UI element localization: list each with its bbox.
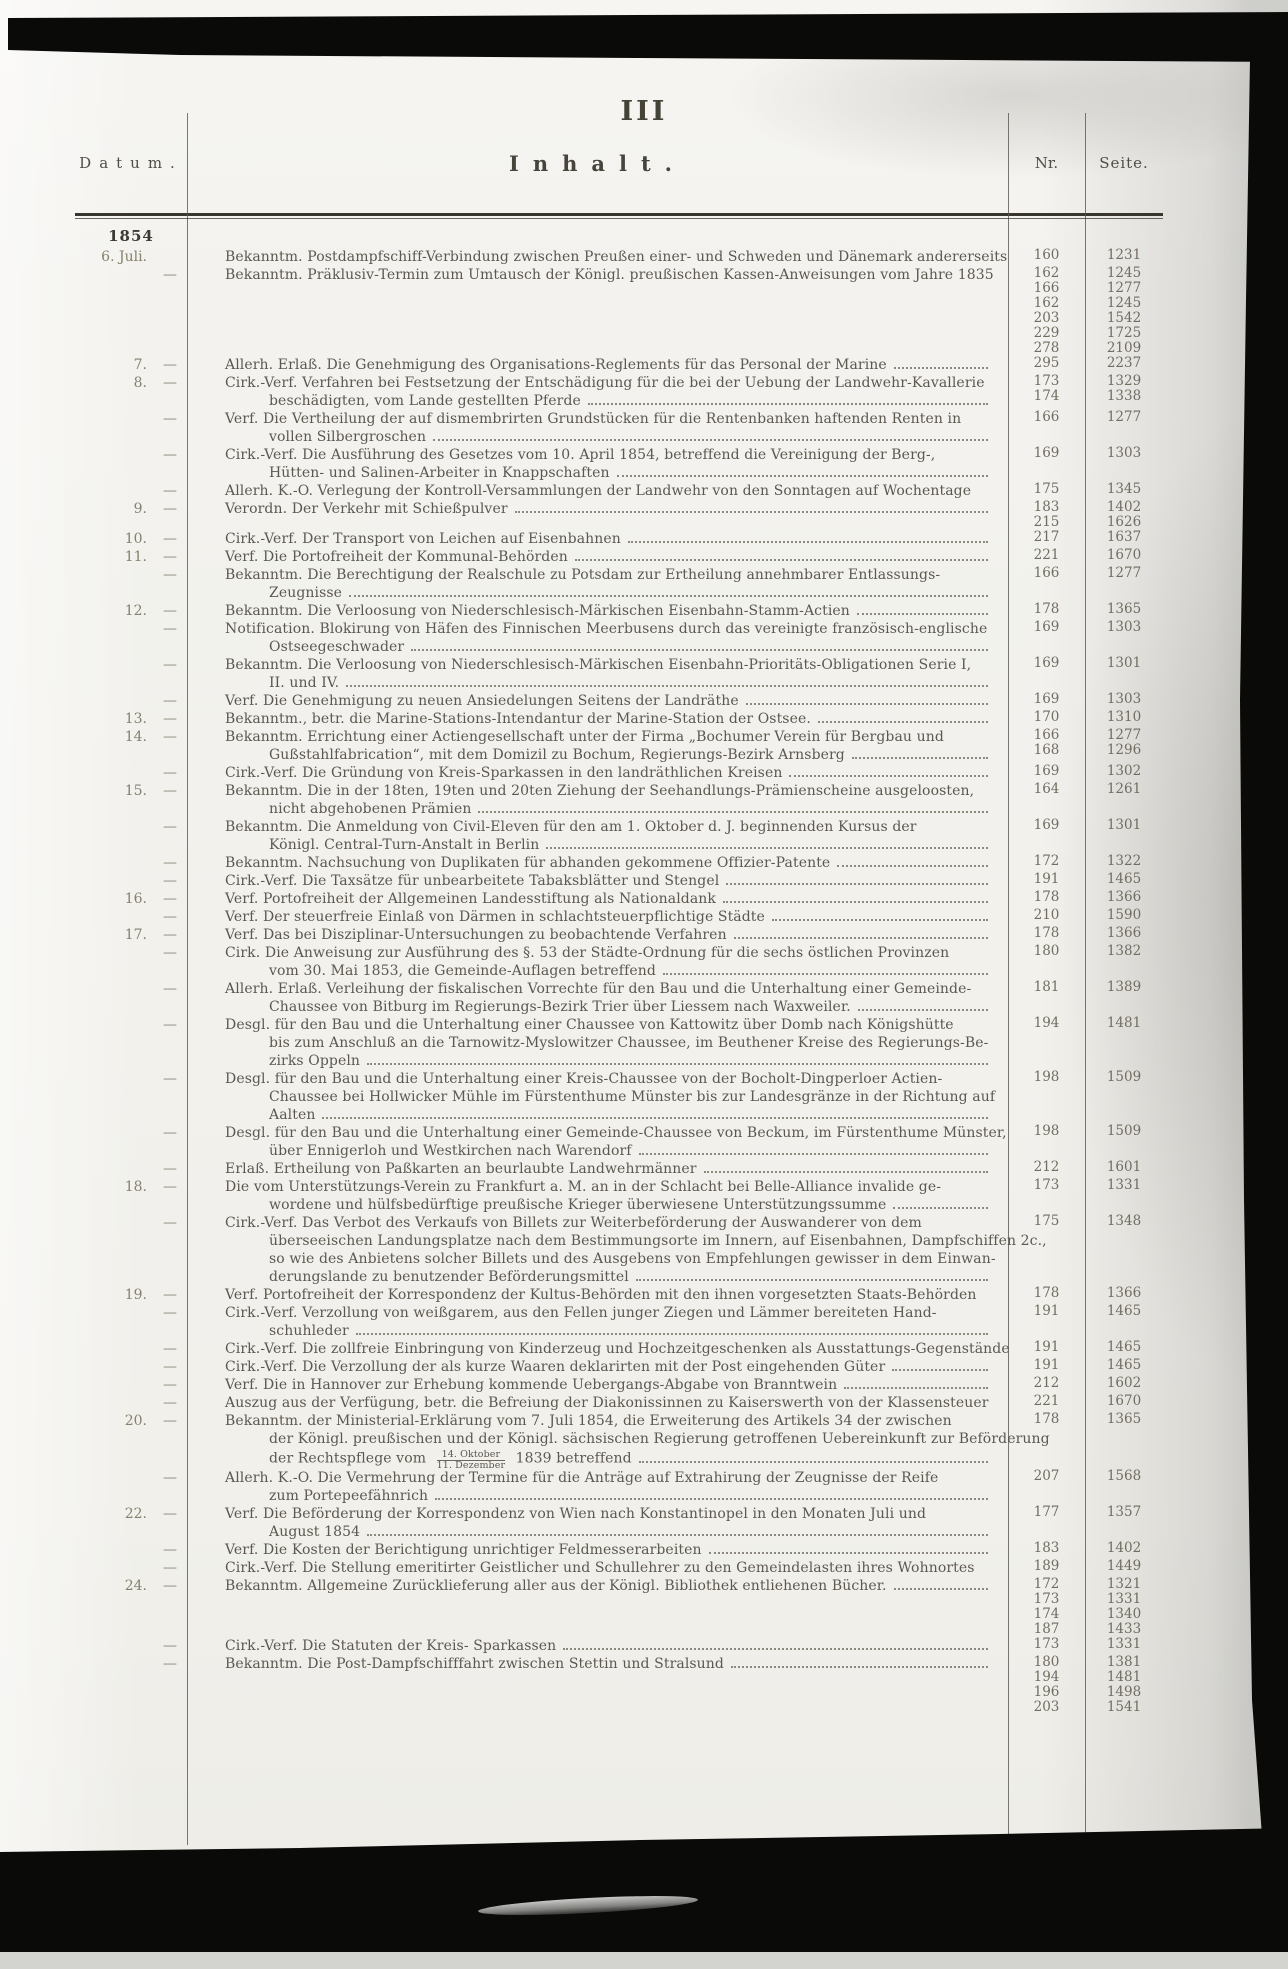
entry-text: Cirk. Die Anweisung zur Ausführung des §… (187, 944, 1008, 980)
toc-entry: 8.—Cirk.-Verf. Verfahren bei Festsetzung… (75, 374, 1163, 410)
entry-seite-column: 1382 (1085, 944, 1163, 959)
toc-entry: —Bekanntm. Die Verloosung von Niederschl… (75, 656, 1163, 692)
entry-text-line: Bekanntm. Präklusiv-Termin zum Umtausch … (225, 266, 992, 284)
entry-dash: — (153, 1304, 187, 1322)
toc-entry: —Desgl. für den Bau und die Unterhaltung… (75, 1070, 1163, 1124)
seite-value: 1261 (1085, 782, 1163, 797)
entry-text-line: bis zum Anschluß an die Tarnowitz-Myslow… (225, 1034, 992, 1052)
dotted-leader (636, 1279, 988, 1281)
seite-value: 1481 (1085, 1016, 1163, 1031)
entry-line-text: Auszug aus der Verfügung, betr. die Befr… (225, 1394, 989, 1412)
toc-entry: 15.—Bekanntm. Die in der 18ten, 19ten un… (75, 782, 1163, 818)
entry-seite-column: 1310 (1085, 710, 1163, 725)
entry-text-line: Desgl. für den Bau und die Unterhaltung … (225, 1124, 992, 1142)
nr-value: 198 (1008, 1070, 1085, 1085)
seite-value: 1277 (1085, 566, 1163, 581)
entry-seite-column: 1303 (1085, 692, 1163, 707)
nr-value: 170 (1008, 710, 1085, 725)
entry-text-line: Königl. Central-Turn-Anstalt in Berlin (225, 836, 992, 854)
entry-line-text: Chaussee bei Hollwicker Mühle im Fürsten… (269, 1088, 995, 1106)
toc-entry: —Bekanntm. Die Berechtigung der Realschu… (75, 566, 1163, 602)
toc-entry: —Verf. Die Genehmigung zu neuen Ansiedel… (75, 692, 1163, 710)
date-fraction: 14. Oktober11. Dezember (437, 1450, 505, 1471)
entry-day: 17. (75, 926, 153, 944)
entry-line-text: Cirk. Die Anweisung zur Ausführung des §… (225, 944, 949, 962)
toc-entry: 17.—Verf. Das bei Disziplinar-Untersuchu… (75, 926, 1163, 944)
seite-value: 2109 (1085, 341, 1163, 356)
entry-seite-column: 1331 (1085, 1178, 1163, 1193)
toc-entry: 24.—Bekanntm. Allgemeine Zurücklieferung… (75, 1577, 1163, 1637)
entry-dash: — (153, 908, 187, 926)
dotted-leader (515, 511, 988, 513)
entry-line-text: schuhleder (269, 1322, 349, 1340)
nr-value: 166 (1008, 566, 1085, 581)
nr-value: 172 (1008, 1577, 1085, 1592)
entry-line-text: Verf. Die in Hannover zur Erhebung komme… (225, 1376, 837, 1394)
toc-entry: —Verf. Die Kosten der Berichtigung unric… (75, 1541, 1163, 1559)
dotted-leader (837, 865, 988, 867)
seite-value: 1601 (1085, 1160, 1163, 1175)
entry-seite-column: 1345 (1085, 482, 1163, 497)
nr-value: 178 (1008, 1412, 1085, 1427)
entry-text-line: Verf. Die Portofreiheit der Kommunal-Beh… (225, 548, 992, 566)
nr-value: 173 (1008, 1637, 1085, 1652)
entry-text: Desgl. für den Bau und die Unterhaltung … (187, 1016, 1008, 1070)
seite-value: 1357 (1085, 1505, 1163, 1520)
entry-text-line: Bekanntm. Die Anmeldung von Civil-Eleven… (225, 818, 992, 836)
entry-text-line: Bekanntm. Nachsuchung von Duplikaten für… (225, 854, 992, 872)
entry-text-line: vom 30. Mai 1853, die Gemeinde-Auflagen … (225, 962, 992, 980)
entry-line-text: Cirk.-Verf. Die Taxsätze für unbearbeite… (225, 872, 719, 890)
entry-text-line: Auszug aus der Verfügung, betr. die Befr… (225, 1394, 992, 1412)
entry-day: 14. (75, 728, 153, 746)
entry-text-line: Erlaß. Ertheilung von Paßkarten an beurl… (225, 1160, 992, 1178)
toc-entry: 12.—Bekanntm. Die Verloosung von Nieders… (75, 602, 1163, 620)
entry-seite-column: 1670 (1085, 548, 1163, 563)
entry-text-line: beschädigten, vom Lande gestellten Pferd… (225, 392, 992, 410)
entry-text-line: August 1854 (225, 1523, 992, 1541)
dotted-leader (588, 403, 988, 405)
entry-line-text: über Ennigerloh und Westkirchen nach War… (269, 1142, 632, 1160)
nr-value: 180 (1008, 944, 1085, 959)
entry-dash: — (153, 1160, 187, 1178)
entry-seite-column: 1302 (1085, 764, 1163, 779)
dotted-leader (892, 1369, 988, 1371)
entry-text-line: Cirk.-Verf. Die Statuten der Kreis- Spar… (225, 1637, 992, 1655)
entry-line-text: Allerh. K.-O. Die Vermehrung der Termine… (225, 1469, 938, 1487)
toc-entry: —Erlaß. Ertheilung von Paßkarten an beur… (75, 1160, 1163, 1178)
entry-line-text: Desgl. für den Bau und die Unterhaltung … (225, 1124, 1007, 1142)
entry-line-text: Verf. Portofreiheit der Allgemeinen Land… (225, 890, 716, 908)
entry-text-line: Allerh. K.-O. Die Vermehrung der Termine… (225, 1469, 992, 1487)
entry-text-line: Verf. Die in Hannover zur Erhebung komme… (225, 1376, 992, 1394)
toc-table: Datum. Inhalt. Nr. Seite. 1854 6. Juli.B… (75, 113, 1163, 1845)
entry-nr-column: 170 (1008, 710, 1085, 725)
toc-entry: —Bekanntm. Präklusiv-Termin zum Umtausch… (75, 266, 1163, 356)
toc-entry: —Verf. Der steuerfreie Einlaß von Därmen… (75, 908, 1163, 926)
entry-line-text: Cirk.-Verf. Die Statuten der Kreis- Spar… (225, 1637, 556, 1655)
entry-seite-column: 1509 (1085, 1070, 1163, 1085)
entry-nr-column: 221 (1008, 1394, 1085, 1409)
seite-value: 1303 (1085, 692, 1163, 707)
entry-dash: — (153, 656, 187, 674)
dotted-leader (746, 703, 988, 705)
entry-text: Bekanntm. der Ministerial-Erklärung vom … (187, 1412, 1008, 1469)
entry-line-text: Verf. Die Vertheilung der auf dismembrir… (225, 410, 961, 428)
entry-text-line: Bekanntm. Die Berechtigung der Realschul… (225, 566, 992, 584)
nr-value: 169 (1008, 656, 1085, 671)
entry-line-text: Cirk.-Verf. Verfahren bei Festsetzung de… (225, 374, 985, 392)
entry-text: Verf. Die Beförderung der Korrespondenz … (187, 1505, 1008, 1541)
nr-value: 178 (1008, 926, 1085, 941)
entry-text: Cirk.-Verf. Die zollfreie Einbringung vo… (187, 1340, 1008, 1358)
nr-value: 198 (1008, 1124, 1085, 1139)
seite-value: 1465 (1085, 1304, 1163, 1319)
seite-value: 1366 (1085, 1286, 1163, 1301)
entry-dash: — (153, 728, 187, 746)
entry-day: 18. (75, 1178, 153, 1196)
entry-text-line: zum Portepeefähnrich (225, 1487, 992, 1505)
entry-line-text: Allerh. Erlaß. Verleihung der fiskalisch… (225, 980, 971, 998)
entry-text: Allerh. Erlaß. Die Genehmigung des Organ… (187, 356, 1008, 374)
entry-seite-column: 1366 (1085, 1286, 1163, 1301)
entry-line-text: Bekanntm. Allgemeine Zurücklieferung all… (225, 1577, 887, 1595)
entry-text: Bekanntm. Die Anmeldung von Civil-Eleven… (187, 818, 1008, 854)
entry-text-line: Gußstahlfabrication“, mit dem Domizil zu… (225, 746, 992, 764)
entry-text-line: Cirk.-Verf. Die Gründung von Kreis-Spark… (225, 764, 992, 782)
nr-value: 173 (1008, 1178, 1085, 1193)
entry-line-text: Cirk.-Verf. Die Verzollung der als kurze… (225, 1358, 885, 1376)
column-rule-seite (1085, 113, 1086, 1845)
col-header-seite: Seite. (1085, 154, 1163, 172)
dotted-leader (356, 1333, 988, 1335)
entry-text-line: Bekanntm. Die in der 18ten, 19ten und 20… (225, 782, 992, 800)
entry-line-text: Chaussee von Bitburg im Regierungs-Bezir… (269, 998, 851, 1016)
nr-value: 168 (1008, 743, 1085, 758)
seite-value: 1245 (1085, 266, 1163, 281)
entry-text-line: Cirk.-Verf. Verfahren bei Festsetzung de… (225, 374, 992, 392)
year-label: 1854 (75, 227, 187, 245)
entry-dash: — (153, 1340, 187, 1358)
entry-dash: — (153, 1637, 187, 1655)
entry-nr-column: 178 (1008, 1412, 1085, 1427)
entry-day: 15. (75, 782, 153, 800)
dotted-leader (639, 1153, 988, 1155)
entry-nr-column: 166 (1008, 566, 1085, 581)
seite-value: 1331 (1085, 1178, 1163, 1193)
seite-value: 1725 (1085, 326, 1163, 341)
toc-entry: —Cirk.-Verf. Die Verzollung der als kurz… (75, 1358, 1163, 1376)
entry-text-line: Bekanntm. der Ministerial-Erklärung vom … (225, 1412, 992, 1430)
toc-entry: 14.—Bekanntm. Errichtung einer Actienges… (75, 728, 1163, 764)
entry-nr-column: 178 (1008, 1286, 1085, 1301)
toc-entry: —Cirk.-Verf. Die Ausführung des Gesetzes… (75, 446, 1163, 482)
entry-day: 10. (75, 530, 153, 548)
nr-value: 189 (1008, 1559, 1085, 1574)
entry-line-text: August 1854 (269, 1523, 360, 1541)
entry-dash: — (153, 1655, 187, 1673)
entry-dash: — (153, 1286, 187, 1304)
table-header: Datum. Inhalt. Nr. Seite. (75, 113, 1163, 213)
entry-text: Cirk.-Verf. Verzollung von weißgarem, au… (187, 1304, 1008, 1340)
entry-dash: — (153, 1376, 187, 1394)
entry-dash: — (153, 1016, 187, 1034)
entry-nr-column: 169 (1008, 446, 1085, 461)
toc-entry: 11.—Verf. Die Portofreiheit der Kommunal… (75, 548, 1163, 566)
entry-seite-column: 1366 (1085, 890, 1163, 905)
entry-text-line: Allerh. Erlaß. Die Genehmigung des Organ… (225, 356, 992, 374)
entry-nr-column: 217 (1008, 530, 1085, 545)
nr-value: 203 (1008, 311, 1085, 326)
entry-line-text: Hütten- und Salinen-Arbeiter in Knappsch… (269, 464, 610, 482)
entry-nr-column: 183215 (1008, 500, 1085, 530)
dotted-leader (858, 1009, 988, 1011)
seite-value: 1433 (1085, 1622, 1163, 1637)
entry-text-line: Allerh. K.-O. Verlegung der Kontroll-Ver… (225, 482, 992, 500)
dotted-leader (346, 685, 988, 687)
nr-value: 178 (1008, 1286, 1085, 1301)
entry-nr-column: 189 (1008, 1559, 1085, 1574)
toc-entry: —Desgl. für den Bau und die Unterhaltung… (75, 1016, 1163, 1070)
nr-value: 169 (1008, 446, 1085, 461)
nr-value: 207 (1008, 1469, 1085, 1484)
nr-value: 212 (1008, 1160, 1085, 1175)
nr-value: 162 (1008, 296, 1085, 311)
entry-seite-column: 1568 (1085, 1469, 1163, 1484)
seite-value: 2237 (1085, 356, 1163, 371)
entry-nr-column: 178 (1008, 602, 1085, 617)
seite-value: 1498 (1085, 1685, 1163, 1700)
seite-value: 1670 (1085, 548, 1163, 563)
entry-line-text: zum Portepeefähnrich (269, 1487, 428, 1505)
entry-dash: — (153, 1070, 187, 1088)
entry-line-text: bis zum Anschluß an die Tarnowitz-Myslow… (269, 1034, 988, 1052)
entry-dash: — (153, 782, 187, 800)
toc-entry: 22.—Verf. Die Beförderung der Korrespond… (75, 1505, 1163, 1541)
entry-seite-column: 1465 (1085, 1358, 1163, 1373)
entry-line-text: Cirk.-Verf. Die Stellung emeritirter Gei… (225, 1559, 975, 1577)
nr-value: 278 (1008, 341, 1085, 356)
toc-entry: —Auszug aus der Verfügung, betr. die Bef… (75, 1394, 1163, 1412)
entry-text-line: Cirk.-Verf. Die Stellung emeritirter Gei… (225, 1559, 992, 1577)
entry-text: Verf. Die Portofreiheit der Kommunal-Beh… (187, 548, 1008, 566)
nr-value: 177 (1008, 1505, 1085, 1520)
table-bottom-space (75, 1715, 1163, 1845)
entry-nr-column: 221 (1008, 548, 1085, 563)
entry-day: 6. Juli. (75, 248, 153, 266)
entry-seite-column: 1321133113401433 (1085, 1577, 1163, 1637)
entry-text-line: zirks Oppeln (225, 1052, 992, 1070)
toc-entry: —Allerh. Erlaß. Verleihung der fiskalisc… (75, 980, 1163, 1016)
entry-nr-column: 198 (1008, 1124, 1085, 1139)
nr-value: 221 (1008, 1394, 1085, 1409)
entry-seite-column: 1590 (1085, 908, 1163, 923)
nr-value: 212 (1008, 1376, 1085, 1391)
entry-text: Cirk.-Verf. Die Statuten der Kreis- Spar… (187, 1637, 1008, 1655)
entry-nr-column: 212 (1008, 1160, 1085, 1175)
entry-seite-column: 1670 (1085, 1394, 1163, 1409)
entry-dash: — (153, 980, 187, 998)
seite-value: 1626 (1085, 515, 1163, 530)
seite-value: 1277 (1085, 281, 1163, 296)
toc-entry: —Bekanntm. Die Anmeldung von Civil-Eleve… (75, 818, 1163, 854)
entry-text: Bekanntm. Die Berechtigung der Realschul… (187, 566, 1008, 602)
entry-seite-column: 1322 (1085, 854, 1163, 869)
entry-text-line: Desgl. für den Bau und die Unterhaltung … (225, 1016, 992, 1034)
entry-dash: — (153, 356, 187, 374)
entry-nr-column: 173 (1008, 1178, 1085, 1193)
entry-dash: — (153, 764, 187, 782)
entry-day: 24. (75, 1577, 153, 1595)
entry-dash: — (153, 926, 187, 944)
entry-day: 9. (75, 500, 153, 518)
entry-line-text: der Königl. preußischen und der Königl. … (269, 1430, 1050, 1448)
entry-text-line: Cirk.-Verf. Die Ausführung des Gesetzes … (225, 446, 992, 464)
entry-line-text: Bekanntm. Postdampfschiff-Verbindung zwi… (225, 248, 1007, 266)
entry-text-line: Verordn. Der Verkehr mit Schießpulver (225, 500, 992, 518)
entry-text: Verf. Die Kosten der Berichtigung unrich… (187, 1541, 1008, 1559)
toc-entry: 7.—Allerh. Erlaß. Die Genehmigung des Or… (75, 356, 1163, 374)
dotted-leader (844, 1387, 988, 1389)
entry-text-line: der Rechtspflege vom 14. Oktober11. Deze… (225, 1448, 992, 1469)
entry-dash: — (153, 1358, 187, 1376)
entry-text: Bekanntm. Errichtung einer Actiengesells… (187, 728, 1008, 764)
dotted-leader (894, 367, 988, 369)
toc-entry: 16.—Verf. Portofreiheit der Allgemeinen … (75, 890, 1163, 908)
nr-value: 175 (1008, 1214, 1085, 1229)
entry-line-text: derungslande zu benutzender Beförderungs… (269, 1268, 629, 1286)
entry-seite-column: 124512771245154217252109 (1085, 266, 1163, 356)
entry-nr-column: 162166162203229278 (1008, 266, 1085, 356)
entry-seite-column: 1365 (1085, 1412, 1163, 1427)
entry-line-text: Bekanntm. Die Berechtigung der Realschul… (225, 566, 940, 584)
entry-line-text: Bekanntm. der Ministerial-Erklärung vom … (225, 1412, 952, 1430)
entry-text-line: über Ennigerloh und Westkirchen nach War… (225, 1142, 992, 1160)
entry-line-text: Allerh. Erlaß. Die Genehmigung des Organ… (225, 356, 887, 374)
entry-seite-column: 1348 (1085, 1214, 1163, 1229)
entry-dash: — (153, 1214, 187, 1232)
entry-line-text: Cirk.-Verf. Die Gründung von Kreis-Spark… (225, 764, 782, 782)
seite-value: 1245 (1085, 296, 1163, 311)
entry-text: Allerh. K.-O. Die Vermehrung der Termine… (187, 1469, 1008, 1505)
entry-text-line: Bekanntm. Postdampfschiff-Verbindung zwi… (225, 248, 992, 266)
dotted-leader (709, 1552, 988, 1554)
entry-dash: — (153, 1469, 187, 1487)
seite-value: 1602 (1085, 1376, 1163, 1391)
entry-seite-column: 1331 (1085, 1637, 1163, 1652)
entry-text-line: Aalten (225, 1106, 992, 1124)
seite-value: 1331 (1085, 1637, 1163, 1652)
nr-value: 164 (1008, 782, 1085, 797)
nr-value: 160 (1008, 248, 1085, 263)
entry-line-text: Königl. Central-Turn-Anstalt in Berlin (269, 836, 539, 854)
entry-nr-column: 160 (1008, 248, 1085, 263)
entry-text-line: Cirk. Die Anweisung zur Ausführung des §… (225, 944, 992, 962)
entry-text: Bekanntm. Nachsuchung von Duplikaten für… (187, 854, 1008, 872)
entry-nr-column: 180 (1008, 944, 1085, 959)
entry-line-text: Allerh. K.-O. Verlegung der Kontroll-Ver… (225, 482, 971, 500)
entry-text: Bekanntm. Die Post-Dampfschifffahrt zwis… (187, 1655, 1008, 1673)
seite-value: 1303 (1085, 620, 1163, 635)
dotted-leader (435, 1498, 988, 1500)
entry-line-text: Cirk.-Verf. Das Verbot des Verkaufs von … (225, 1214, 922, 1232)
entry-nr-column: 194 (1008, 1016, 1085, 1031)
toc-entry: 19.—Verf. Portofreiheit der Korresponden… (75, 1286, 1163, 1304)
entry-line-text: Bekanntm. Präklusiv-Termin zum Umtausch … (225, 266, 994, 284)
nr-value: 215 (1008, 515, 1085, 530)
entry-line-text: zirks Oppeln (269, 1052, 360, 1070)
entry-dash: — (153, 1505, 187, 1523)
entry-seite-column: 1601 (1085, 1160, 1163, 1175)
nr-value: 178 (1008, 602, 1085, 617)
nr-value: 221 (1008, 548, 1085, 563)
seite-value: 1449 (1085, 1559, 1163, 1574)
seite-value: 1481 (1085, 1670, 1163, 1685)
entry-dash: — (153, 1178, 187, 1196)
seite-value: 1302 (1085, 764, 1163, 779)
entry-nr-column: 191 (1008, 1304, 1085, 1319)
entry-nr-column: 191 (1008, 1340, 1085, 1355)
entry-text: Bekanntm. Postdampfschiff-Verbindung zwi… (187, 248, 1008, 266)
entry-text-line: Verf. Die Vertheilung der auf dismembrir… (225, 410, 992, 428)
scanner-bed-strip (0, 1952, 1288, 1969)
nr-value: 196 (1008, 1685, 1085, 1700)
entry-nr-column: 164 (1008, 782, 1085, 797)
entry-seite-column: 1637 (1085, 530, 1163, 545)
entry-text-line: Cirk.-Verf. Verzollung von weißgarem, au… (225, 1304, 992, 1322)
entry-dash: — (153, 482, 187, 500)
dotted-leader (726, 883, 988, 885)
toc-entry: —Cirk.-Verf. Die zollfreie Einbringung v… (75, 1340, 1163, 1358)
entry-dash: — (153, 710, 187, 728)
entry-seite-column: 1465 (1085, 872, 1163, 887)
entry-dash: — (153, 410, 187, 428)
entry-line-text: Cirk.-Verf. Die Ausführung des Gesetzes … (225, 446, 935, 464)
entry-seite-column: 1301 (1085, 656, 1163, 671)
entry-text: Bekanntm. Die in der 18ten, 19ten und 20… (187, 782, 1008, 818)
dotted-leader (411, 649, 988, 651)
entry-text: Cirk.-Verf. Das Verbot des Verkaufs von … (187, 1214, 1008, 1286)
entry-line-text: Cirk.-Verf. Verzollung von weißgarem, au… (225, 1304, 937, 1322)
dotted-leader (367, 1534, 988, 1536)
entry-seite-column: 1365 (1085, 602, 1163, 617)
entry-text: Cirk.-Verf. Die Ausführung des Gesetzes … (187, 446, 1008, 482)
dotted-leader (367, 1063, 988, 1065)
seite-value: 1331 (1085, 1592, 1163, 1607)
entry-line-text: Die vom Unterstützungs-Verein zu Frankfu… (225, 1178, 941, 1196)
entry-seite-column: 1465 (1085, 1340, 1163, 1355)
entry-seite-column: 1465 (1085, 1304, 1163, 1319)
toc-entry: —Bekanntm. Nachsuchung von Duplikaten fü… (75, 854, 1163, 872)
dotted-leader (818, 721, 988, 723)
entry-seite-column: 14021626 (1085, 500, 1163, 530)
dotted-leader (478, 811, 988, 813)
entry-dash: — (153, 374, 187, 392)
entry-nr-column: 198 (1008, 1070, 1085, 1085)
entry-line-text: Bekanntm. Errichtung einer Actiengesells… (225, 728, 944, 746)
entry-seite-column: 1303 (1085, 446, 1163, 461)
entry-line-text: Bekanntm. Die Verloosung von Niederschle… (225, 602, 850, 620)
entry-text-line: Bekanntm. Die Verloosung von Niederschle… (225, 656, 992, 674)
entry-text-line: Verf. Das bei Disziplinar-Untersuchungen… (225, 926, 992, 944)
entry-line-text: Erlaß. Ertheilung von Paßkarten an beurl… (225, 1160, 697, 1178)
entry-text-line: Verf. Der steuerfreie Einlaß von Därmen … (225, 908, 992, 926)
seite-value: 1465 (1085, 1358, 1163, 1373)
entry-nr-column: 175 (1008, 1214, 1085, 1229)
entry-seite-column: 1509 (1085, 1124, 1163, 1139)
entry-dash: — (153, 1559, 187, 1577)
entry-seite-column: 1261 (1085, 782, 1163, 797)
